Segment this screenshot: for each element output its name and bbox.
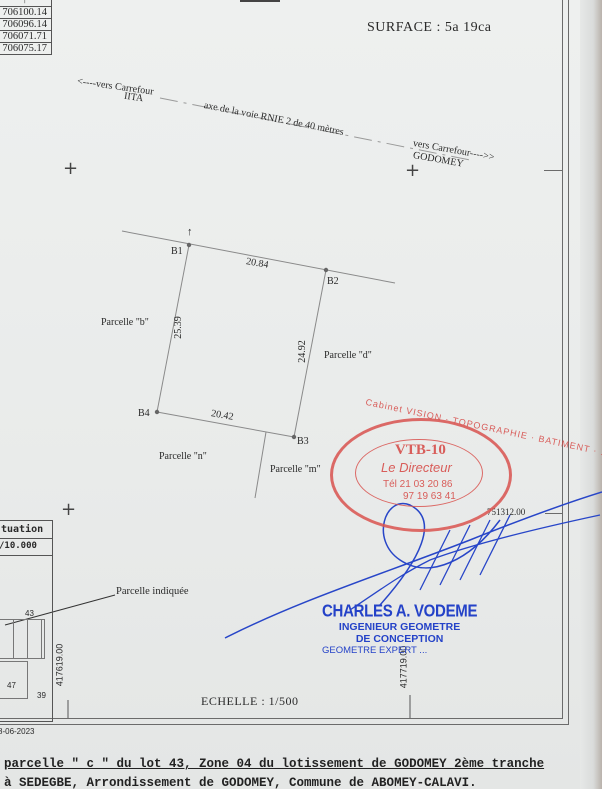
signatory-stamp: CHARLES A. VODEME INGENIEUR GEOMETRE DE … <box>322 603 477 653</box>
stamp-code: VTB-10 <box>395 442 446 459</box>
company-stamp: Cabinet VISION · TOPOGRAPHIE · BATIMENT … <box>330 418 512 532</box>
signatory-title-1: INGENIEUR GEOMETRE <box>322 621 477 633</box>
indicated-parcel-label: Parcelle indiquée <box>116 586 189 597</box>
stamp-title: Le Directeur <box>381 460 452 475</box>
signatory-title-2: DE CONCEPTION <box>322 633 477 645</box>
date-label: 8-06-2023 <box>0 727 34 736</box>
grid-coord-y1: 417619.00 <box>54 644 64 687</box>
grid-cross: + <box>61 501 76 519</box>
grid-cross: + <box>63 160 78 178</box>
neighbor-parcel-b: Parcelle "b" <box>101 317 149 328</box>
signatory-title-3: GEOMETRE EXPERT ... <box>322 645 477 653</box>
stamp-phone-2: 97 19 63 41 <box>403 491 456 502</box>
north-arrow-icon: ↑ <box>187 226 193 238</box>
neighbor-parcel-d: Parcelle "d" <box>324 350 372 361</box>
point-b4: B4 <box>138 408 150 419</box>
scale-label: ECHELLE : 1/500 <box>201 694 299 709</box>
footer-parcel-description: parcelle " c " du lot 43, Zone 04 du lot… <box>4 757 544 771</box>
point-b3: B3 <box>297 436 309 447</box>
signatory-name: CHARLES A. VODEME <box>322 602 477 622</box>
point-b1: B1 <box>171 246 183 257</box>
point-b2: B2 <box>327 276 339 287</box>
dim-b2-b3: 24.92 <box>297 340 308 363</box>
neighbor-parcel-n: Parcelle "n" <box>159 451 207 462</box>
stamp-phone-1: Tél 21 03 20 86 <box>383 479 453 490</box>
neighbor-parcel-m: Parcelle "m" <box>270 464 321 475</box>
grid-cross: + <box>405 162 420 180</box>
footer-location: à SEDEGBE, Arrondissement de GODOMEY, Co… <box>4 776 477 789</box>
lot-block-47 <box>0 661 28 699</box>
lot-block-43 <box>0 619 45 659</box>
location-map: tuation /10.000 43 47 39 <box>0 520 53 722</box>
dim-b4-b1: 25.39 <box>173 316 184 339</box>
